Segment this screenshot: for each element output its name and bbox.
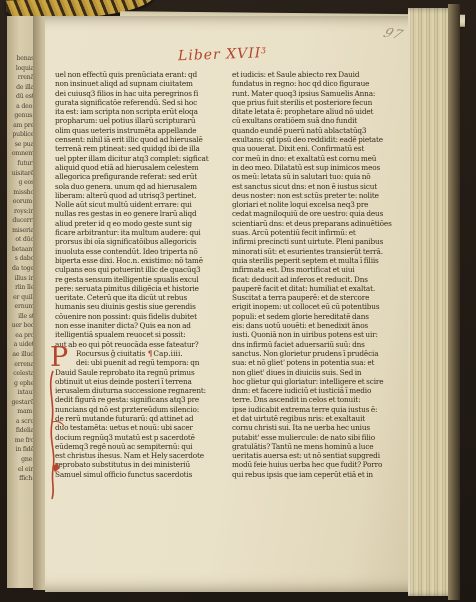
text-line: prorsus ibi oīa significatōibus allegori… [55, 237, 232, 246]
text-line: runt. Mater quoq3 ipsius Samuelis Anna: [232, 89, 410, 98]
facing-fragment: uisitarē [7, 169, 34, 179]
text-line: eūdemq3 regē nouū ac sempiternū: qui [55, 442, 232, 451]
running-title-flourish: ʒ [261, 44, 267, 53]
text-line: duo testamēta: uetus et nouū: ubi sacer [55, 423, 232, 432]
text-line: cedat magniloquiū de ore uestro: quia de… [232, 209, 410, 218]
text-line: hoc glietur qui gloriatur: intelligere e… [232, 377, 410, 386]
facing-fragment: genus: [7, 111, 34, 121]
facing-fragment: publice [7, 130, 34, 140]
facing-fragment: mam: [7, 407, 34, 417]
facing-fragment: benas [7, 54, 34, 64]
text-line: inuoluta esse contendūt. Ideo triperta n… [55, 247, 232, 256]
text-line: pauperē facit et ditat: humiliat et exal… [232, 284, 410, 293]
text-line: olim quas ueteris instrumēta appellande [55, 126, 232, 135]
text-line: re gesta sensum itelligentie spualis exc… [55, 275, 232, 284]
text-line: Suscitat a terra pauperē: et de stercore [232, 293, 410, 302]
text-line: exultans: qd ipsū deo reddidit: eadē pie… [232, 135, 410, 144]
facing-fragment: gne: [7, 455, 34, 465]
text-line: ita est: iam scripta non scripta erūt el… [55, 107, 232, 116]
book-photo: benasloquiarrenāde illadū esta deo:genus… [0, 0, 476, 602]
text-line: non esse inaniter dicta? Quis ea non ad [55, 321, 232, 330]
text-line: modū feie huius uerba hec que fudit? Por… [232, 460, 410, 469]
text-line: censent: nihil iā erit illic quod ad hie… [55, 135, 232, 144]
text-line: dnm: et facere iudiciū et iusticiā ī med… [232, 386, 410, 395]
facing-fragment: ernum [7, 302, 34, 312]
facing-fragment: ille st [7, 312, 34, 322]
facing-fragment: er quill [7, 293, 34, 303]
text-line: non gliet' diues in diuiciis suis. Sed i… [232, 368, 410, 377]
facing-fragment: am pre [7, 121, 34, 131]
text-line: ueritatis auersa est: ut nō sentiat supg… [232, 451, 410, 460]
text-line: erigit inopem: ut collocet eū cū potenti… [232, 302, 410, 311]
text-line: uel non effectū quis prenūciata erant: q… [55, 70, 232, 79]
text-line: de rerū mutande futurarū: qd attinet ad [55, 414, 232, 423]
facing-fragment: a scru [7, 417, 34, 427]
text-line: iusti. Quoniā non in uiribus potens est … [232, 330, 410, 339]
text-line: humanis seu diuinis gestis siue gerendis [55, 302, 232, 311]
facing-fragment: in fidē [7, 445, 34, 455]
text-line: biperta esse dixi. Hoc.n. existimo: nō t… [55, 256, 232, 265]
text-line: ditate letata ē: prophetare aliud nō uid… [232, 107, 410, 116]
text-line: culpans eos qui potuerint illic de quacū… [55, 265, 232, 274]
text-line: ficare arbitrantur: ita multum audere: q… [55, 228, 232, 237]
text-line: os meū: letata sū in salutari tuo: quia … [232, 172, 410, 181]
text-line: fundatus in regno: hoc qd dico figuraue [232, 79, 410, 88]
facing-fragment: missho [7, 188, 34, 198]
text-line: suas. Arcū potentiū fecit infirmū: et [232, 228, 410, 237]
manuscript-page: Liber XVIIʒ 97 uel non effectū quis pren… [45, 16, 413, 592]
facing-fragment: gestarū [7, 398, 34, 408]
text-line: non insinuet aliqd ad supnam ciuitatem [55, 79, 232, 88]
left-column-upper: uel non effectū quis prenūciata erant: q… [55, 70, 232, 349]
text-line: sola duo genera. unum qd ad hierusalem [55, 182, 232, 191]
text-line: pere: seruata pimitus diligēcia et histo… [55, 284, 232, 293]
chapter-rest: ĝ ciuitatis [111, 349, 146, 358]
facing-fragment: ducerri [7, 216, 34, 226]
facing-fragment: ea pro [7, 331, 34, 341]
facing-fragment: ixtaui [7, 388, 34, 398]
text-line: quando eundē puerū natū ablactatūq3 [232, 126, 410, 135]
text-line: ipse iudicabit extrema terre quia iustus… [232, 405, 410, 414]
text-line: Samuel simul officio functus sacerdotis [55, 470, 232, 479]
text-line: sua: et nō gliet' potens in potentia sua… [232, 358, 410, 367]
text-line: aliud preter id q eo modo geste sunt sig [55, 219, 232, 228]
text-line: terre. Dns ascendit in celos et tonuit: [232, 395, 410, 404]
facing-fragment: rrenā [7, 73, 34, 83]
text-line: terrenā rem ptineat: sed quidqd ibi de i… [55, 144, 232, 153]
text-line: nuncians qd nō est prztereūdum silencio: [55, 405, 232, 414]
facing-page-edge: benasloquiarrenāde illadū esta deo:genus… [7, 16, 35, 588]
facing-fragment: illus in [7, 274, 34, 284]
text-line: qua uouerat. Dixit eni. Confirmatū est [232, 144, 410, 153]
text-line: cor meū in dno: et exaltatū est cornu me… [232, 154, 410, 163]
chapter-heading: Rocursus ĝ ciuitatis ¶Cap.iiii. [55, 349, 232, 358]
facing-fragment: ffich: [7, 474, 34, 484]
text-line: est christus ihesus. Nam et Hely sacerdo… [55, 451, 232, 460]
text-line: populi: et sedem glorie hereditatē dans [232, 312, 410, 321]
text-line: itelligentiā spualem reuocet si possit: [55, 330, 232, 339]
facing-fragment: fidelia [7, 426, 34, 436]
text-line: scientiarū dns: et deus preparans adinuē… [232, 219, 410, 228]
text-line: que prius fuit sterilis et posteriore fe… [232, 98, 410, 107]
text-line: dei cuiusq3 filios in hac uita peregrino… [55, 89, 232, 98]
chapter-indented-line: dei: ubi puenit ad regū tempora: qn [55, 358, 232, 367]
facing-fragment: uer boc [7, 321, 34, 331]
chapter-number: Cap.iiii. [153, 349, 182, 358]
text-line: aliquid quod etiā ad hierusalem celestem [55, 163, 232, 172]
facing-fragment: ot dūo [7, 235, 34, 245]
text-line: Dauid Saule reprobato ita regnū primus [55, 368, 232, 377]
facing-fragment: s dabo [7, 254, 34, 264]
text-line: cū exultans oratiōem suā dno fundit [232, 116, 410, 125]
text-line: docium regnūq3 mutatū est p sacerdotē [55, 433, 232, 442]
text-line: putabit' esse muliercule: de nato sibi f… [232, 433, 410, 442]
facing-fragment: da toge [7, 264, 34, 274]
text-line: gratulātis? Tantū ne mens hominū a luce [232, 442, 410, 451]
text-line: uel ppter illam dicitur atq3 complet: si… [55, 154, 232, 163]
facing-fragment: eorum: [7, 197, 34, 207]
running-title: Liber XVIIʒ [178, 44, 267, 64]
facing-fragment: el ein [7, 465, 34, 475]
text-line: qui rebus ipsis que iam ceperūt etiā et … [232, 470, 410, 479]
left-column-lower: Dauid Saule reprobato ita regnū primusob… [55, 368, 232, 480]
text-line: est sanctus sicut dns: et non ē iustus s… [232, 182, 410, 191]
fore-edge-shadow [448, 4, 460, 600]
text-line: Nolle aūt sicut multū uident errare: qui [55, 200, 232, 209]
text-line: deus noster: non est sctūs preter te: no… [232, 191, 410, 200]
text-line: aut ab eo qui pōt reuocāda esse fateatur… [55, 340, 232, 349]
facing-fragment: errena [7, 360, 34, 370]
text-line: infirmi precincti sunt uirtute. Pleni pa… [232, 237, 410, 246]
text-line: reprobato substitutus in dei ministeriū [55, 460, 232, 469]
text-line: minorati sūt: et esurientes transierūt t… [232, 247, 410, 256]
text-line: gloriari et nolite loqui excelsa neq3 pr… [232, 200, 410, 209]
facing-fragment: me fro [7, 436, 34, 446]
facing-fragment: g eos [7, 178, 34, 188]
text-line: ueritate. Ceterū que ita dicūt ut rebus [55, 293, 232, 302]
facing-fragment: a deo: [7, 102, 34, 112]
facing-fragment: futuri [7, 159, 34, 169]
facing-fragment: a uidet [7, 340, 34, 350]
text-line: quia sterilis peperit septem et multa ī … [232, 256, 410, 265]
text-line: nullas res gestas in eo genere lrarū ali… [55, 209, 232, 218]
text-line: dns infirmū faciet aduersariū suū: dns [232, 340, 410, 349]
facing-fragment: betaam [7, 245, 34, 255]
facing-fragment: de illa [7, 83, 34, 93]
text-column-left: uel non effectū quis prenūciata erant: q… [55, 70, 232, 479]
facing-fragment: dū est [7, 92, 34, 102]
chapter-first-word: Rocursus [76, 349, 109, 358]
text-line: propharum: uel potius illarū scripturarū [55, 116, 232, 125]
text-line: cornu christi sui. Ita ne uerba hec uniu… [232, 423, 410, 432]
facing-fragment: roys:in [7, 207, 34, 217]
text-line: cōuenire non possint: quis fidelis dubit… [55, 312, 232, 321]
facing-fragment: miseria [7, 226, 34, 236]
text-column-right: et iudicis: et Saule abiecto rex Dauidfu… [232, 70, 410, 479]
text-line: obtinuit ut eius deinde posteri ī terren… [55, 377, 232, 386]
text-line: in deo meo. Dilatatū est sup inimicos me… [232, 163, 410, 172]
text-line: gurata significatōe referendū. Sed si ho… [55, 98, 232, 107]
text-line: sanctus. Non glorietur prudens ī prudēci… [232, 349, 410, 358]
facing-page-text-fragments: benasloquiarrenāde illadū esta deo:genus… [7, 54, 34, 484]
facing-fragment: loquia [7, 64, 34, 74]
folio-number: 97 [381, 26, 406, 43]
text-line: allegorica prefigurande referat: sed erū… [55, 172, 232, 181]
text-line: ficat: deducit ad inferos et reducit. Dn… [232, 275, 410, 284]
text-line: dedit figurā re gesta: significans atq3 … [55, 395, 232, 404]
facing-fragment: rlin līe [7, 283, 34, 293]
text-line: infirmata est. Dns mortificat et uiui [232, 265, 410, 274]
running-title-text: Liber XVII [178, 45, 262, 64]
text-line: ierusalem diuturna successione regnarent… [55, 386, 232, 395]
facing-fragment: se pua [7, 140, 34, 150]
facing-fragment: g ephe [7, 379, 34, 389]
facing-fragment: ae illud [7, 350, 34, 360]
facing-fragment: celesta [7, 369, 34, 379]
facing-fragment: omnem [7, 149, 34, 159]
text-line: et dat uirtutē regibus nris: et exaltaui… [232, 414, 410, 423]
text-line: et iudicis: et Saule abiecto rex Dauid [232, 70, 410, 79]
text-line: eis: dans uotū uouēti: et benedixit ānos [232, 321, 410, 330]
text-line: liberam: alterū quod ad utrisq3 pertinet… [55, 191, 232, 200]
